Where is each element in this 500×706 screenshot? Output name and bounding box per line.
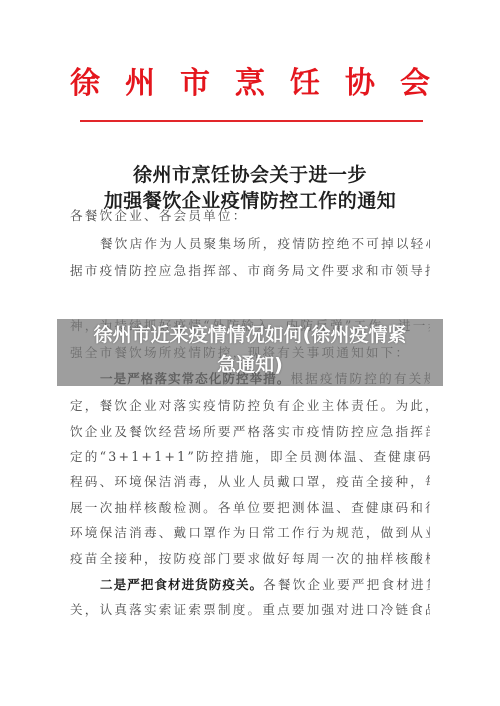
section-2-heading-line: 二是严把食材进货防疫关。各餐饮企业要严把食材进货 xyxy=(70,577,430,593)
caption-line-1: 徐州市近来疫情情况如何(徐州疫情紧 xyxy=(57,320,443,350)
letterhead-char: 饪 xyxy=(290,66,320,102)
body-line: 程码、环境保洁消毒，从业人员戴口罩，疫苗全接种，每周开 xyxy=(70,474,430,490)
body-line: 定的“3+1+1+1”防控措施，即全员测体温、查健康码和行 xyxy=(70,449,430,465)
document-title-line-1: 徐州市烹饪协会关于进一步 xyxy=(0,160,500,187)
letterhead-divider xyxy=(80,120,423,122)
salutation: 各餐饮企业、各会员单位： xyxy=(70,208,430,224)
caption-overlay-text: 徐州市近来疫情情况如何(徐州疫情紧 急通知) xyxy=(57,320,443,380)
letterhead-char: 协 xyxy=(345,66,375,102)
letterhead-char: 会 xyxy=(400,66,430,102)
letterhead-char: 徐 xyxy=(70,66,100,102)
body-line: 餐饮店作为人员聚集场所，疫情防控绝不可掉以轻心。根 xyxy=(70,236,430,252)
body-line: 据市疫情防控应急指挥部、市商务局文件要求和市领导指示精 xyxy=(70,263,430,279)
letterhead-org-name: 徐 州 市 烹 饪 协 会 xyxy=(70,66,430,102)
body-line: 饮企业及餐饮经营场所要严格落实市疫情防控应急指挥部制 xyxy=(70,424,430,440)
body-line: 关，认真落实索证索票制度。重点要加强对进口冷链食品的疫 xyxy=(70,602,430,618)
body-line: 疫苗全接种，按防疫部门要求做好每周一次的抽样核酸检测。 xyxy=(70,551,430,567)
body-line: 定，餐饮企业对落实疫情防控负有企业主体责任。为此，各餐 xyxy=(70,398,430,414)
caption-line-2: 急通知) xyxy=(57,350,443,380)
section-2-heading-rest: 各餐饮企业要严把食材进货 xyxy=(263,577,430,592)
body-line: 展一次抽样核酸检测。各单位要把测体温、查健康码和行程码、 xyxy=(70,500,430,516)
letterhead-char: 市 xyxy=(180,66,210,102)
letterhead-char: 州 xyxy=(125,66,155,102)
letterhead-char: 烹 xyxy=(235,66,265,102)
section-2-heading: 二是严把食材进货防疫关。 xyxy=(100,577,263,592)
document-page: 徐 州 市 烹 饪 协 会 徐州市烹饪协会关于进一步 加强餐饮企业疫情防控工作的… xyxy=(0,0,500,706)
body-line: 环境保洁消毒、戴口罩作为日常工作行为规范，做到从业人员 xyxy=(70,525,430,541)
